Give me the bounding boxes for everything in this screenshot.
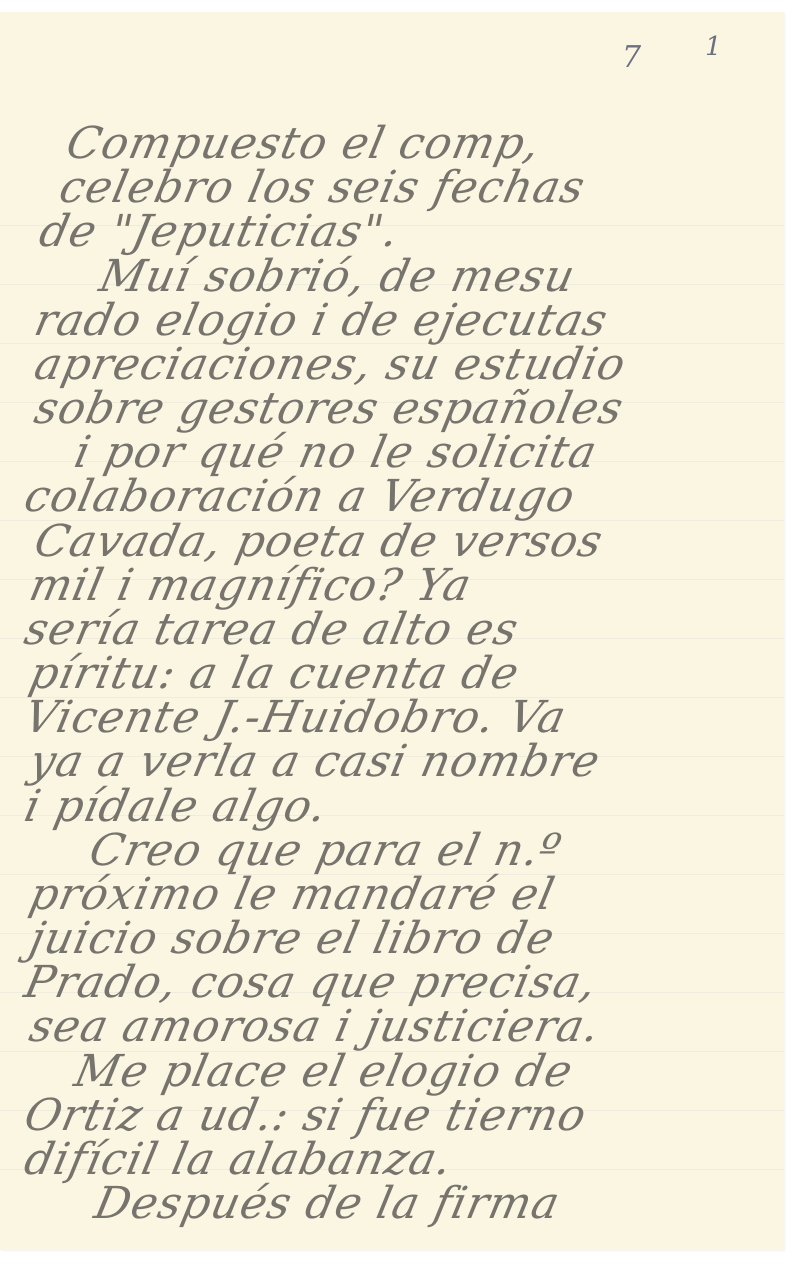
page-number: 7 (622, 40, 641, 75)
handwritten-line: Ortiz a ud.: si fue tierno (20, 1090, 591, 1141)
handwritten-line: de "Jeputicias". (35, 206, 404, 257)
handwritten-line: ya a verla a casi nombre (25, 736, 605, 787)
handwritten-line: sea amorosa i justiciera. (25, 1001, 605, 1052)
handwritten-line: Me place el elogio de (70, 1046, 578, 1097)
handwritten-line: colaboración a Verdugo (20, 471, 580, 522)
corner-mark: 1 (705, 32, 722, 62)
handwritten-line: mil i magnífico? Ya (25, 560, 476, 611)
handwritten-line: rado elogio i de ejecutas (30, 295, 613, 346)
handwritten-line: Después de la firma (90, 1178, 565, 1229)
handwritten-line: i pídale algo. (20, 781, 332, 832)
handwritten-line: Muí sobrió, de mesu (95, 251, 580, 302)
handwritten-line: Creo que para el n.º (85, 825, 566, 876)
handwritten-line: Cavada, poeta de versos (30, 516, 608, 567)
